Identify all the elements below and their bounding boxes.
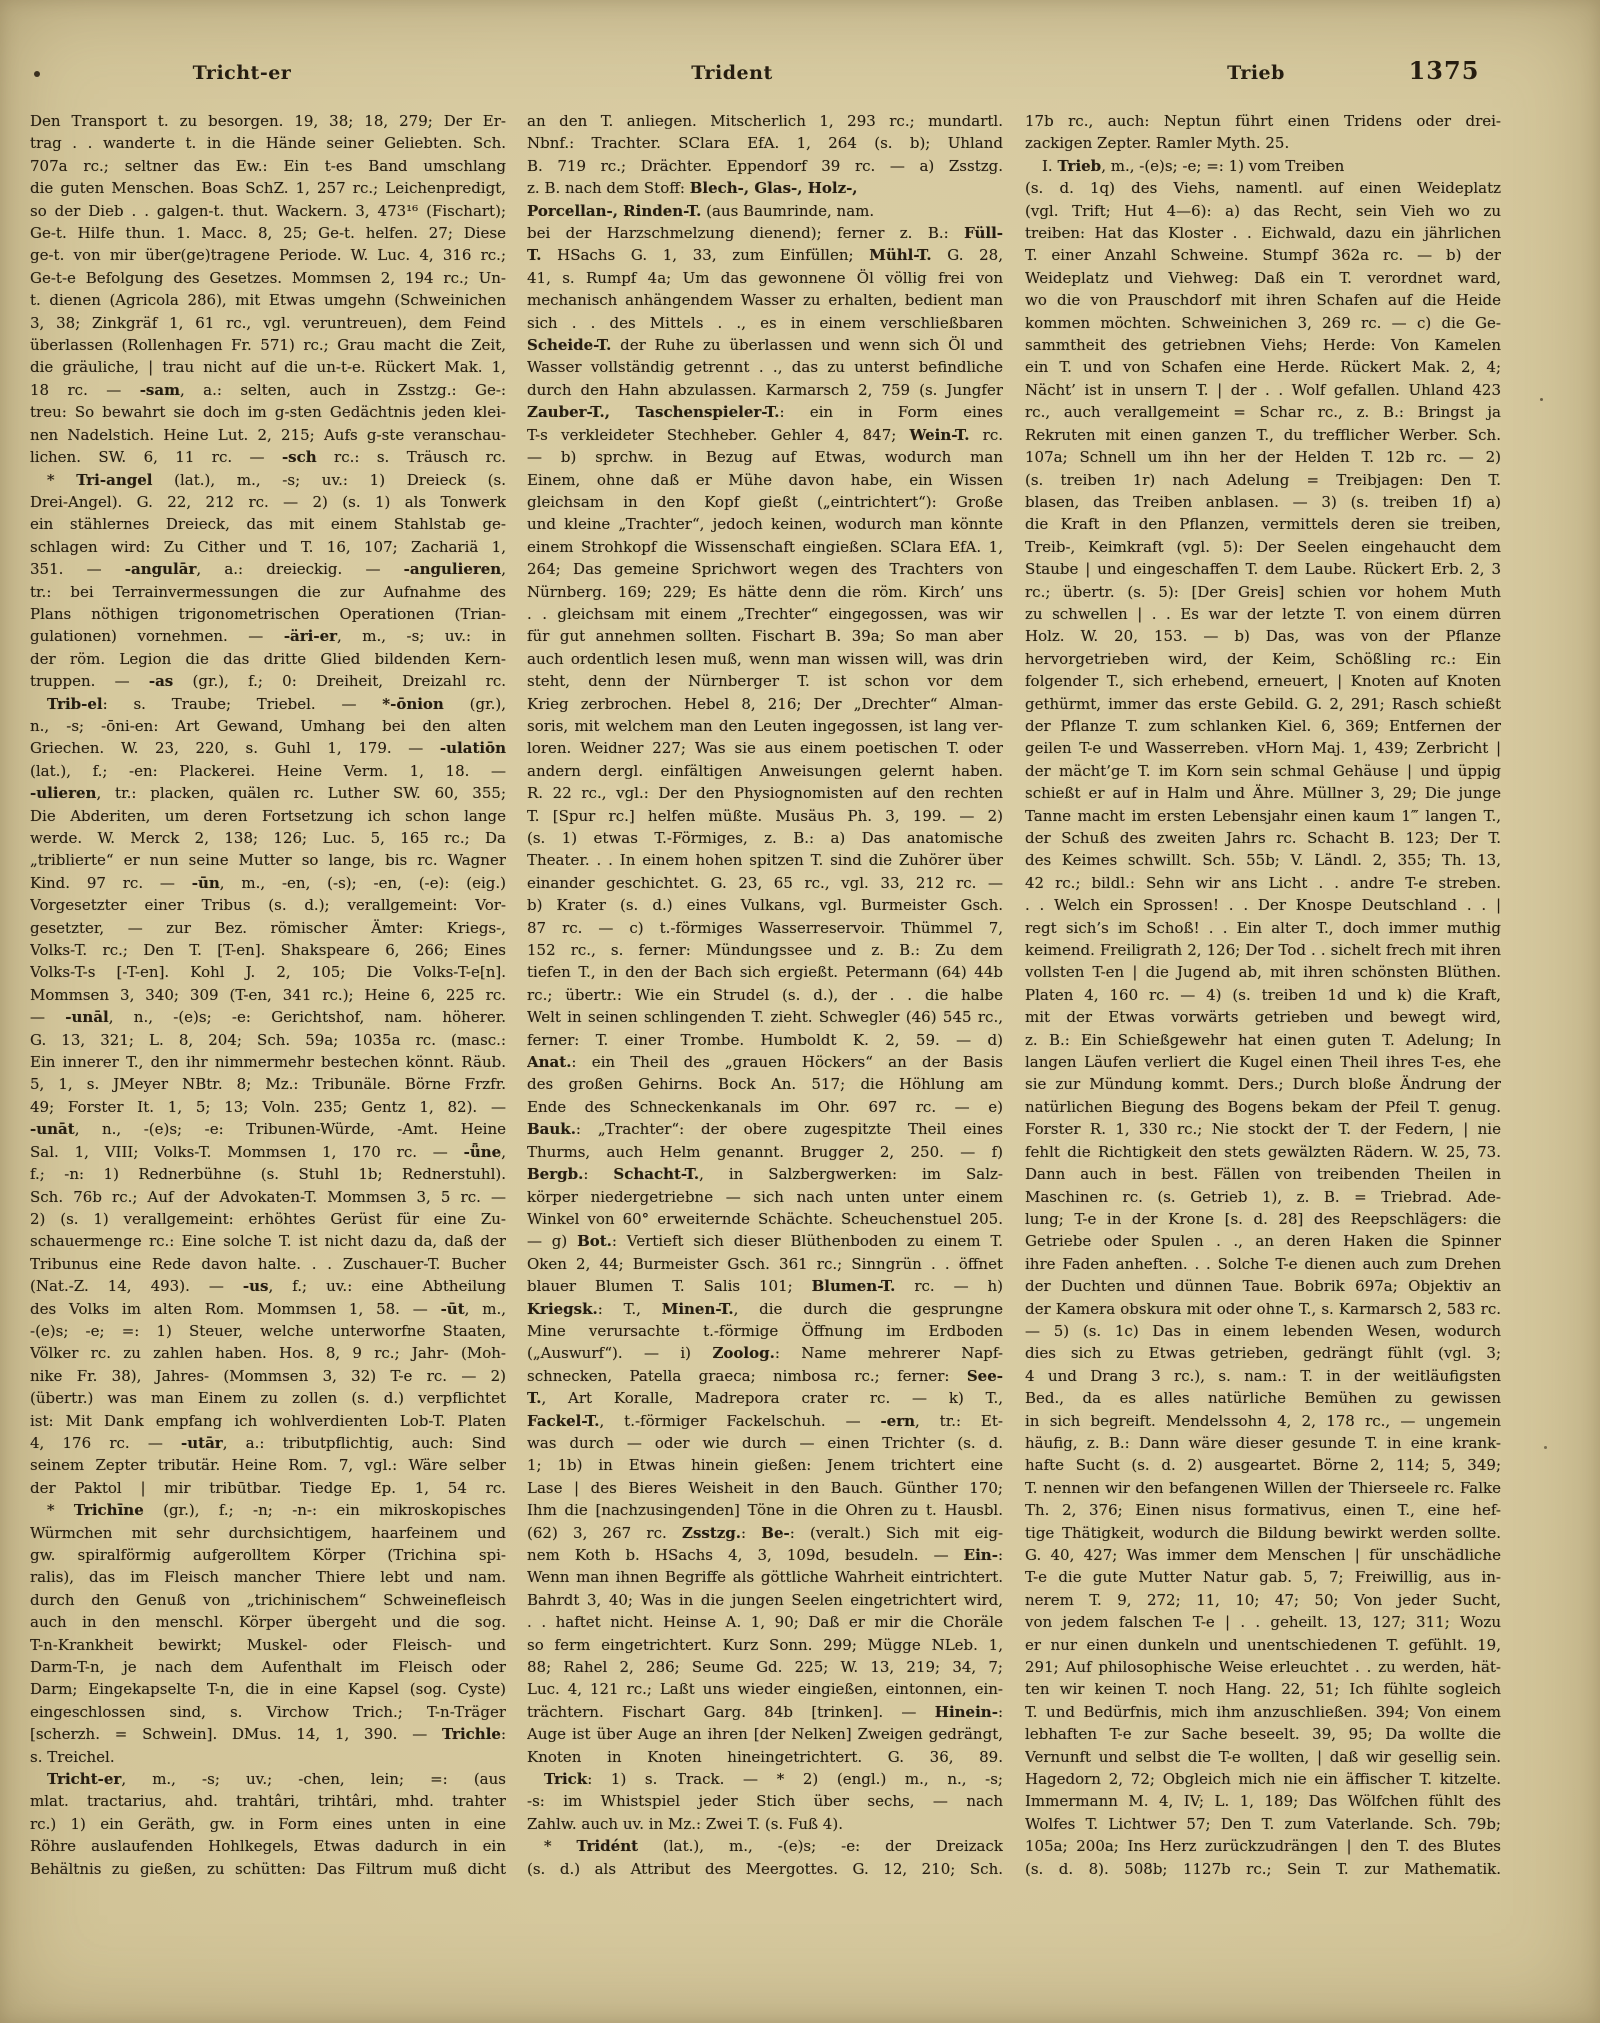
text-line: („Auswurf“). — i) Zoolog.: Name mehrerer… [527, 1342, 1003, 1364]
text-line: Volks-T-s [-T-en]. Kohl J. 2, 105; Die V… [30, 961, 506, 983]
text-line: die guten Menschen. Boas SchZ. 1, 257 rc… [30, 177, 506, 199]
text-line: 152 rc., s. ferner: Mündungssee und z. B… [527, 939, 1003, 961]
text-line: -ulieren, tr.: placken, quälen rc. Luthe… [30, 782, 506, 804]
text-line: (s. d. 1q) des Viehs, namentl. auf einen… [1025, 177, 1501, 199]
text-line: treu: So bewahrt sie doch im g-sten Gedä… [30, 401, 506, 423]
text-line: Fackel-T., t.-förmiger Fackelschuh. — -e… [527, 1410, 1003, 1432]
text-line: andern dergl. einfältigen Anweisungen ge… [527, 760, 1003, 782]
text-line: Völker rc. zu zahlen haben. Hos. 8, 9 rc… [30, 1342, 506, 1364]
text-line: durch den Hahn abzulassen. Karmarsch 2, … [527, 379, 1003, 401]
text-line: Volks-T. rc.; Den T. [T-en]. Shakspeare … [30, 939, 506, 961]
text-line: T., Art Koralle, Madrepora crater rc. — … [527, 1387, 1003, 1409]
text-line: lung; T-e in der Krone [s. d. 28] des Re… [1025, 1208, 1501, 1230]
ink-speck [1540, 398, 1543, 401]
text-line: lichen. SW. 6, 11 rc. — -sch rc.: s. Trä… [30, 446, 506, 468]
text-line: Sal. 1, VIII; Volks-T. Mommsen 1, 170 rc… [30, 1141, 506, 1163]
text-line: der mächt’ge T. im Korn sein schmal Gehä… [1025, 760, 1501, 782]
column-1: Den Transport t. zu besorgen. 19, 38; 18… [30, 110, 506, 1880]
text-line: Scheide-T. der Ruhe zu überlassen und we… [527, 334, 1003, 356]
column-2: an den T. anliegen. Mitscherlich 1, 293 … [527, 110, 1003, 1880]
text-line: -s: im Whistspiel jeder Stich über sechs… [527, 1790, 1003, 1812]
text-line: ein T. und von Schafen eine Herde. Rücke… [1025, 356, 1501, 378]
text-line: -(e)s; -e; =: 1) Steuer, welche unterwor… [30, 1320, 506, 1342]
ink-speck [34, 71, 40, 77]
text-line: rc., auch verallgemeint = Schar rc., z. … [1025, 401, 1501, 423]
text-line: Mommsen 3, 340; 309 (T-en, 341 rc.); Hei… [30, 984, 506, 1006]
text-line: T. nennen wir den befangenen Willen der … [1025, 1477, 1501, 1499]
text-line: der Kamera obskura mit oder ohne T., s. … [1025, 1298, 1501, 1320]
text-line: der röm. Legion die das dritte Glied bil… [30, 648, 506, 670]
text-line: körper niedergetriebne — sich nach unten… [527, 1186, 1003, 1208]
text-line: Forster R. 1, 330 rc.; Nie stockt der T.… [1025, 1118, 1501, 1140]
text-line: durch den Genuß von „trichinischem“ Schw… [30, 1589, 506, 1611]
text-line: Auge ist über Auge an ihren [der Nelken]… [527, 1723, 1003, 1745]
text-line: Würmchen mit sehr durchsichtigem, haarfe… [30, 1522, 506, 1544]
text-line: Vorgesetzter einer Tribus (s. d.); veral… [30, 894, 506, 916]
dictionary-page: Tricht-er Trident Trieb 1375 Den Transpo… [0, 0, 1600, 2023]
text-line: er nur einen dunkeln und unentschiedenen… [1025, 1634, 1501, 1656]
text-line: treiben: Hat das Kloster . . Eichwald, d… [1025, 222, 1501, 244]
text-line: — -unāl, n., -(e)s; -e: Gerichtshof, nam… [30, 1006, 506, 1028]
text-line: nen Nadelstich. Heine Lut. 2, 215; Aufs … [30, 424, 506, 446]
text-line: (übertr.) was man Einem zu zollen (s. d.… [30, 1387, 506, 1409]
text-line: Thurms, auch Helm genannt. Brugger 2, 25… [527, 1141, 1003, 1163]
text-line: mit der Etwas vorwärts getrieben und bew… [1025, 1006, 1501, 1028]
text-line: (Nat.-Z. 14, 493). — -us, f.; uv.: eine … [30, 1275, 506, 1297]
text-line: rc.; übertr. (s. 5): [Der Greis] schien … [1025, 581, 1501, 603]
text-line: folgender T., sich erhebend, erneuert, |… [1025, 670, 1501, 692]
text-line: Die Abderiten, um deren Fortsetzung ich … [30, 805, 506, 827]
text-line: Trick: 1) s. Track. — * 2) (engl.) m., n… [527, 1768, 1003, 1790]
text-line: kommen möchten. Schweinichen 3, 269 rc. … [1025, 312, 1501, 334]
text-line: tige Thätigkeit, wodurch die Bildung bew… [1025, 1522, 1501, 1544]
text-line: hervorgetrieben wird, der Keim, Schößlin… [1025, 648, 1501, 670]
running-head-center: Trident [691, 62, 772, 84]
text-line: schlagen wird: Zu Cither und T. 16, 107;… [30, 536, 506, 558]
text-line: für gut annehmen sollten. Fischart B. 39… [527, 625, 1003, 647]
text-line: 49; Forster It. 1, 5; 13; Voln. 235; Gen… [30, 1096, 506, 1118]
text-line: [scherzh. = Schwein]. DMus. 14, 1, 390. … [30, 1723, 506, 1745]
text-line: B. 719 rc.; Drächter. Eppendorf 39 rc. —… [527, 155, 1003, 177]
text-line: — g) Bot.: Vertieft sich dieser Blüthenb… [527, 1230, 1003, 1252]
text-line: ist: Mit Dank empfang ich wohlverdienten… [30, 1410, 506, 1432]
text-line: seinem Zepter tributär. Heine Rom. 7, vg… [30, 1454, 506, 1476]
text-line: der Paktol | mir tribūtbar. Tiedge Ep. 1… [30, 1477, 506, 1499]
text-line: Mine verursachte t.-förmige Öffnung im E… [527, 1320, 1003, 1342]
text-line: Oken 2, 44; Burmeister Gsch. 361 rc.; Si… [527, 1253, 1003, 1275]
text-line: lebhaften T-e zur Sache beseelt. 39, 95;… [1025, 1723, 1501, 1745]
text-line: des Volks im alten Rom. Mommsen 1, 58. —… [30, 1298, 506, 1320]
text-line: wo die von Prauschdorf mit ihren Schafen… [1025, 289, 1501, 311]
text-line: Ge-t. Hilfe thun. 1. Macc. 8, 25; Ge-t. … [30, 222, 506, 244]
text-line: zu schwellen | . . Es war der letzte T. … [1025, 603, 1501, 625]
text-line: der Pflanze T. zum schlanken Kiel. 6, 36… [1025, 715, 1501, 737]
text-line: Getriebe oder Spulen . ., an deren Haken… [1025, 1230, 1501, 1252]
text-line: Bed., da es alles natürliche Bemühen zu … [1025, 1387, 1501, 1409]
text-line: ferner: T. einer Trombe. Humboldt K. 2, … [527, 1029, 1003, 1051]
text-line: eingeschlossen sind, s. Virchow Trich.; … [30, 1701, 506, 1723]
text-line: „triblierte“ er nun seine Mutter so lang… [30, 849, 506, 871]
text-line: . . haftet nicht. Heinse A. 1, 90; Daß e… [527, 1611, 1003, 1633]
text-line: Zahlw. auch uv. in Mz.: Zwei T. (s. Fuß … [527, 1813, 1003, 1835]
text-line: Röhre auslaufenden Hohlkegels, Etwas dad… [30, 1835, 506, 1857]
text-line: ralis), das im Fleisch mancher Thiere le… [30, 1566, 506, 1588]
text-line: Wenn man ihnen Begriffe als göttliche Wa… [527, 1566, 1003, 1588]
text-line: Luc. 4, 121 rc.; Laßt uns wieder eingieß… [527, 1678, 1003, 1700]
text-line: des großen Gehirns. Bock An. 517; die Hö… [527, 1073, 1003, 1095]
text-line: Nächt’ ist in unsern T. | der . . Wolf g… [1025, 379, 1501, 401]
text-line: Einem, ohne daß er Mühe davon habe, ein … [527, 469, 1003, 491]
text-line: soris, mit welchem man den Leuten ingego… [527, 715, 1003, 737]
text-line: Porcellan-, Rinden-T. (aus Baumrinde, na… [527, 200, 1003, 222]
text-line: Ihm die [nachzusingenden] Töne in die Oh… [527, 1499, 1003, 1521]
text-line: Treib-, Keimkraft (vgl. 5): Der Seelen e… [1025, 536, 1501, 558]
text-line: Darm-T-n, je nach dem Aufenthalt im Flei… [30, 1656, 506, 1678]
text-line: n., -s; -ōni-en: Art Gewand, Umhang bei … [30, 715, 506, 737]
text-line: Plans nöthigen trigonometrischen Operati… [30, 603, 506, 625]
text-line: G. 13, 321; L. 8, 204; Sch. 59a; 1035a r… [30, 1029, 506, 1051]
text-line: * Trichīne (gr.), f.; -n; -n-: ein mikro… [30, 1499, 506, 1521]
text-line: * Tridént (lat.), m., -(e)s; -e: der Dre… [527, 1835, 1003, 1857]
text-line: hafte Sucht (s. d. 2) ausgeartet. Börne … [1025, 1454, 1501, 1476]
text-line: überlassen (Rollenhagen Fr. 571) rc.; Gr… [30, 334, 506, 356]
text-line: T-s verkleideter Stechheber. Gehler 4, 8… [527, 424, 1003, 446]
text-line: auch ordentlich lesen muß, wenn man wiss… [527, 648, 1003, 670]
text-line: werde. W. Merck 2, 138; 126; Luc. 5, 165… [30, 827, 506, 849]
text-line: einander geschichtet. G. 23, 65 rc., vgl… [527, 872, 1003, 894]
text-line: sich . . des Mittels . ., es in einem ve… [527, 312, 1003, 334]
text-line: ten wir keinen T. noch Hang. 22, 51; Ich… [1025, 1678, 1501, 1700]
text-line: Den Transport t. zu besorgen. 19, 38; 18… [30, 110, 506, 132]
text-line: 1; 1b) in Etwas hinein gießen: Jenem tri… [527, 1454, 1003, 1476]
text-line: einem Strohkopf die Wissenschaft eingieß… [527, 536, 1003, 558]
text-line: Vernunft und selbst die T-e wollten, | d… [1025, 1746, 1501, 1768]
text-line: schießt er auf in Halm und Ähre. Müllner… [1025, 782, 1501, 804]
text-line: in sich begreift. Mendelssohn 4, 2, 178 … [1025, 1410, 1501, 1432]
text-line: Zauber-T., Taschenspieler-T.: ein in For… [527, 401, 1003, 423]
text-line: (s. d.) als Attribut des Meergottes. G. … [527, 1858, 1003, 1880]
text-line: (62) 3, 267 rc. Zsstzg.: Be-: (veralt.) … [527, 1522, 1003, 1544]
text-line: langen Läufen verliert die Kugel einen T… [1025, 1051, 1501, 1073]
text-line: f.; -n: 1) Rednerbühne (s. Stuhl 1b; Red… [30, 1163, 506, 1185]
text-line: . . Welch ein Sprossen! . . Der Knospe D… [1025, 894, 1501, 916]
text-line: regt sich’s im Schoß! . . Ein alter T., … [1025, 917, 1501, 939]
text-line: 264; Das gemeine Sprichwort wegen des Tr… [527, 558, 1003, 580]
text-line: t. dienen (Agricola 286), mit Etwas umge… [30, 289, 506, 311]
text-line: ihre Faden anheften. . . Solche T-e dien… [1025, 1253, 1501, 1275]
text-line: nerem T. 9, 272; 11, 10; 47; 50; Von jed… [1025, 1589, 1501, 1611]
text-line: Behältnis zu gießen, zu schütten: Das Fi… [30, 1858, 506, 1880]
text-line: fehlt die Richtigkeit den stets gewälzte… [1025, 1141, 1501, 1163]
text-line: nem Koth b. HSachs 4, 3, 109d, besudeln.… [527, 1544, 1003, 1566]
text-line: Krieg zerbrochen. Hebel 8, 216; Der „Dre… [527, 693, 1003, 715]
text-line: 87 rc. — c) t.-förmiges Wasserreservoir.… [527, 917, 1003, 939]
text-line: b) Krater (s. d.) eines Vulkans, vgl. Bu… [527, 894, 1003, 916]
text-line: gesetzter, — zur Bez. römischer Ämter: K… [30, 917, 506, 939]
text-line: 291; Auf philosophische Weise erleuchtet… [1025, 1656, 1501, 1678]
text-line: G. 40, 427; Was immer dem Menschen | für… [1025, 1544, 1501, 1566]
text-line: sammtheit des getriebnen Viehs; Herde: V… [1025, 334, 1501, 356]
text-line: 107a; Schnell um ihn her der Helden T. 1… [1025, 446, 1501, 468]
text-line: schnecken, Patella graeca; nimbosa rc.; … [527, 1365, 1003, 1387]
text-line: 88; Rahel 2, 286; Seume Gd. 225; W. 13, … [527, 1656, 1003, 1678]
text-line: Wasser vollständig getrennt . ., das zu … [527, 356, 1003, 378]
text-line: des Keimes schwillt. Sch. 55b; V. Ländl.… [1025, 849, 1501, 871]
text-line: Holz. W. 20, 153. — b) Das, was von der … [1025, 625, 1501, 647]
text-line: Bauk.: „Trachter“: der obere zugespitzte… [527, 1118, 1003, 1140]
text-line: 17b rc., auch: Neptun führt einen Triden… [1025, 110, 1501, 132]
text-line: geilen T-e und Wasserreben. vHorn Maj. 1… [1025, 737, 1501, 759]
text-line: Griechen. W. 23, 220, s. Guhl 1, 179. — … [30, 737, 506, 759]
text-line: (s. d. 8). 508b; 1127b rc.; Sein T. zur … [1025, 1858, 1501, 1880]
text-line: blasen, das Treiben anblasen. — 3) (s. t… [1025, 491, 1501, 513]
text-line: der Schuß des zweiten Jahrs rc. Schacht … [1025, 827, 1501, 849]
running-head-left: Tricht-er [193, 62, 292, 84]
text-line: Drei-Angel). G. 22, 212 rc. — 2) (s. 1) … [30, 491, 506, 513]
text-line: T. [Spur rc.] helfen müßte. Musäus Ph. 3… [527, 805, 1003, 827]
text-line: rc.) 1) ein Geräth, gw. in Form eines un… [30, 1813, 506, 1835]
text-line: von jedem falschen T-e | . . geheilt. 13… [1025, 1611, 1501, 1633]
text-line: 4, 176 rc. — -utār, a.: tributpflichtig,… [30, 1432, 506, 1454]
text-line: keimend. Freiligrath 2, 126; Der Tod . .… [1025, 939, 1501, 961]
text-line: Ein innerer T., den ihr nimmermehr beste… [30, 1051, 506, 1073]
text-line: und kleine „Trachter“, jedoch keinen, wo… [527, 513, 1003, 535]
text-line: — b) sprchw. in Bezug auf Etwas, wodurch… [527, 446, 1003, 468]
text-line: z. B. nach dem Stoff: Blech-, Glas-, Hol… [527, 177, 1003, 199]
text-line: Darm; Eingekapselte T-n, die in eine Kap… [30, 1678, 506, 1700]
text-line: z. B.: Ein Schießgewehr hat einen guten … [1025, 1029, 1501, 1051]
text-line: dies sich zu Etwas getrieben, gedrängt f… [1025, 1342, 1501, 1364]
text-line: so der Dieb . . galgen-t. thut. Wackern.… [30, 200, 506, 222]
text-line: Platen 4, 160 rc. — 4) (s. treiben 1d un… [1025, 984, 1501, 1006]
text-line: ge-t. von mir über(ge)tragene Periode. W… [30, 244, 506, 266]
text-line: (lat.), f.; -en: Plackerei. Heine Verm. … [30, 760, 506, 782]
text-line: gleichsam in den Kopf gießt („eintrichte… [527, 491, 1003, 513]
running-head-right: Trieb [1227, 62, 1285, 84]
text-line: natürlichen Biegung des Bogens bekam der… [1025, 1096, 1501, 1118]
text-line: tiefen T., in den der Bach sich ergießt.… [527, 961, 1003, 983]
text-line: steht, denn der Nürnberger T. ist schon … [527, 670, 1003, 692]
text-line: . . gleichsam mit einem „Trechter“ einge… [527, 603, 1003, 625]
text-line: T-e die gute Mutter Natur gab. 5, 7; Fre… [1025, 1566, 1501, 1588]
text-line: Tribunus eine Rede davon halte. . . Zusc… [30, 1253, 506, 1275]
text-line: Dann auch in best. Fällen von treibenden… [1025, 1163, 1501, 1185]
text-line: 3, 38; Zinkgräf 1, 61 rc., vgl. veruntre… [30, 312, 506, 334]
text-line: T-n-Krankheit bewirkt; Muskel- oder Flei… [30, 1634, 506, 1656]
text-line: häufig, z. B.: Dann wäre dieser gesunde … [1025, 1432, 1501, 1454]
text-line: Nürnberg. 169; 229; Es hätte denn die rö… [527, 581, 1003, 603]
text-line: 18 rc. — -sam, a.: selten, auch in Zsstz… [30, 379, 506, 401]
text-line: gw. spiralförmig aufgerolltem Körper (Tr… [30, 1544, 506, 1566]
text-line: Rekruten mit einen ganzen T., du treffli… [1025, 424, 1501, 446]
text-line: so ferm eingetrichtert. Kurz Sonn. 299; … [527, 1634, 1003, 1656]
text-line: die gräuliche, | trau nicht auf die un-t… [30, 356, 506, 378]
text-line: Ende des Schneckenkanals im Ohr. 697 rc.… [527, 1096, 1003, 1118]
text-line: sie zur Mündung kommt. Ders.; Durch bloß… [1025, 1073, 1501, 1095]
text-line: zackigen Zepter. Ramler Myth. 25. [1025, 132, 1501, 154]
text-line: blauer Blumen T. Salis 101; Blumen-T. rc… [527, 1275, 1003, 1297]
text-line: der Duchten und dünnen Taue. Bobrik 697a… [1025, 1275, 1501, 1297]
text-line: nike Fr. 38), Jahres- (Mommsen 3, 32) T-… [30, 1365, 506, 1387]
text-line: (s. 1) etwas T.-Förmiges, z. B.: a) Das … [527, 827, 1003, 849]
text-line: 4 und Drang 3 rc.), s. nam.: T. in der w… [1025, 1365, 1501, 1387]
text-line: Trib-el: s. Traube; Triebel. — *-ōnion (… [30, 693, 506, 715]
text-line: Tanne macht im ersten Lebensjahr einen k… [1025, 805, 1501, 827]
text-line: rc.; übertr.: Wie ein Strudel (s. d.), d… [527, 984, 1003, 1006]
text-line: gulationen) vornehmen. — -äri-er, m., -s… [30, 625, 506, 647]
text-line: * Tri-angel (lat.), m., -s; uv.: 1) Drei… [30, 469, 506, 491]
text-line: (vgl. Trift; Hut 4—6): a) das Recht, sei… [1025, 200, 1501, 222]
text-line: Wolfes T. Lichtwer 57; Den T. zum Vaterl… [1025, 1813, 1501, 1835]
text-line: 105a; 200a; Ins Herz zurückzudrängen | d… [1025, 1835, 1501, 1857]
text-line: s. Treichel. [30, 1746, 506, 1768]
text-line: I. Trieb, m., -(e)s; -e; =: 1) vom Treib… [1025, 155, 1501, 177]
text-line: mlat. tractarius, ahd. trahtâri, trihtâr… [30, 1790, 506, 1812]
text-line: -unāt, n., -(e)s; -e: Tribunen-Würde, -A… [30, 1118, 506, 1140]
text-line: Theater. . . In einem hohen spitzen T. s… [527, 849, 1003, 871]
text-line: mechanisch anhängendem Wasser zu erhalte… [527, 289, 1003, 311]
text-line: Ge-t-e Befolgung des Gesetzes. Mommsen 2… [30, 267, 506, 289]
text-line: — 5) (s. 1c) Das in einem lebenden Wesen… [1025, 1320, 1501, 1342]
text-line: tr.: bei Terrainvermessungen die zur Auf… [30, 581, 506, 603]
text-line: Bergb.: Schacht-T., in Salzbergwerken: i… [527, 1163, 1003, 1185]
text-line: vollsten T-en | die Jugend ab, mit ihren… [1025, 961, 1501, 983]
text-line: Kriegsk.: T., Minen-T., die durch die ge… [527, 1298, 1003, 1320]
text-line: Weideplatz und Viehweg: Daß ein T. veror… [1025, 267, 1501, 289]
text-line: truppen. — -as (gr.), f.; 0: Dreiheit, D… [30, 670, 506, 692]
text-line: trag . . wanderte t. in die Hände seiner… [30, 132, 506, 154]
text-line: Nbnf.: Trachter. SClara EfA. 1, 264 (s. … [527, 132, 1003, 154]
text-line: Immermann M. 4, IV; L. 1, 189; Das Wölfc… [1025, 1790, 1501, 1812]
text-line: 42 rc.; bildl.: Sehn wir ans Licht . . a… [1025, 872, 1501, 894]
text-line: Kind. 97 rc. — -ūn, m., -en, (-s); -en, … [30, 872, 506, 894]
text-line: trächtern. Fischart Garg. 84b [trinken].… [527, 1701, 1003, 1723]
text-line: T. und Bedürfnis, mich ihm anzuschließen… [1025, 1701, 1501, 1723]
text-line: was durch — oder wie durch — einen Trich… [527, 1432, 1003, 1454]
text-line: ein stählernes Dreieck, das mit einem St… [30, 513, 506, 535]
text-line: auch in den menschl. Körper übergeht und… [30, 1611, 506, 1633]
text-line: Sch. 76b rc.; Auf der Advokaten-T. Momms… [30, 1186, 506, 1208]
text-line: Welt in seinen schlingenden T. zieht. Sc… [527, 1006, 1003, 1028]
text-line: Winkel von 60° erweiternde Schächte. Sch… [527, 1208, 1003, 1230]
text-line: 2) (s. 1) verallgemeint: erhöhtes Gerüst… [30, 1208, 506, 1230]
text-line: die Kraft in den Pflanzen, vermittels de… [1025, 513, 1501, 535]
text-line: Maschinen rc. (s. Getrieb 1), z. B. = Tr… [1025, 1186, 1501, 1208]
text-line: Knoten in Knoten hineingetrichtert. G. 3… [527, 1746, 1003, 1768]
text-line: 5, 1, s. JMeyer NBtr. 8; Mz.: Tribunäle.… [30, 1073, 506, 1095]
text-line: Lase | des Bieres Weisheit in den Bauch.… [527, 1477, 1003, 1499]
text-line: T. einer Anzahl Schweine. Stumpf 362a rc… [1025, 244, 1501, 266]
text-line: R. 22 rc., vgl.: Der den Physiognomisten… [527, 782, 1003, 804]
column-3: 17b rc., auch: Neptun führt einen Triden… [1025, 110, 1501, 1880]
text-line: an den T. anliegen. Mitscherlich 1, 293 … [527, 110, 1003, 132]
text-line: 41, s. Rumpf 4a; Um das gewonnene Öl völ… [527, 267, 1003, 289]
text-line: Anat.: ein Theil des „grauen Höckers“ an… [527, 1051, 1003, 1073]
text-line: Bahrdt 3, 40; Was in die jungen Seelen e… [527, 1589, 1003, 1611]
text-line: Th. 2, 376; Einen nisus formativus, eine… [1025, 1499, 1501, 1521]
text-line: 707a rc.; seltner das Ew.: Ein t-es Band… [30, 155, 506, 177]
text-line: (s. treiben 1r) nach Adelung = Treibjage… [1025, 469, 1501, 491]
text-line: schauermenge rc.: Eine solche T. ist nic… [30, 1230, 506, 1252]
text-line: Staube | und eingeschaffen T. dem Laube.… [1025, 558, 1501, 580]
text-line: 351. — -angulār, a.: dreieckig. — -angul… [30, 558, 506, 580]
page-number: 1375 [1409, 56, 1480, 85]
text-line: Hagedorn 2, 72; Obgleich mich nie ein äf… [1025, 1768, 1501, 1790]
text-line: gethürmt, immer das erste Gebild. G. 2, … [1025, 693, 1501, 715]
text-line: loren. Weidner 227; Was sie aus einem po… [527, 737, 1003, 759]
text-line: bei der Harzschmelzung dienend); ferner … [527, 222, 1003, 244]
text-line: T. HSachs G. 1, 33, zum Einfüllen; Mühl-… [527, 244, 1003, 266]
text-line: Tricht-er, m., -s; uv.; -chen, lein; =: … [30, 1768, 506, 1790]
ink-speck [1544, 1446, 1547, 1449]
